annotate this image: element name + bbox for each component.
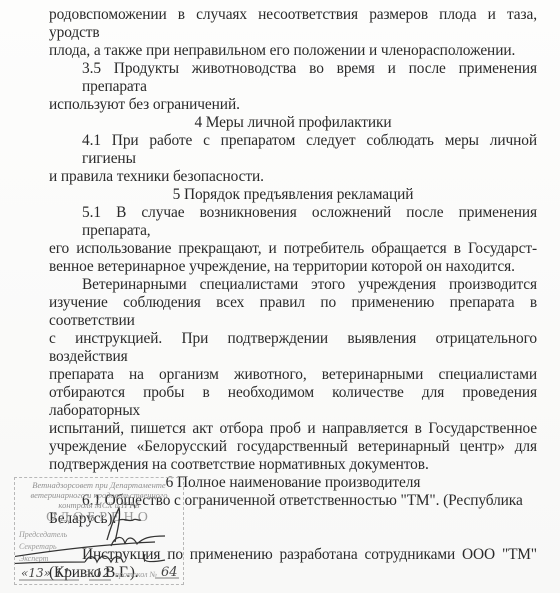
approval-stamp: Ветнадзорсовет при Департаменте ветерина…: [14, 477, 184, 585]
paragraph-line: плода, а также при неправильном его поло…: [49, 42, 537, 60]
paragraph-line: испытаний, пишется акт отбора проб и нап…: [49, 420, 537, 438]
paragraph-line: венное ветеринарное учреждение, на терри…: [49, 258, 537, 276]
paragraph-line: используют без ограничений.: [49, 96, 537, 114]
paragraph-line: 4.1 При работе с препаратом следует собл…: [49, 132, 537, 168]
paragraph-line: 5.1 В случае возникновения осложнений по…: [49, 204, 537, 240]
paragraph-line: и правила техники безопасности.: [49, 168, 537, 186]
paragraph-line: родовспоможении в случаях несоответствия…: [49, 6, 537, 42]
handwritten-signatures-icon: [15, 478, 183, 584]
paragraph-line: 3.5 Продукты животноводства во время и п…: [49, 60, 537, 96]
paragraph-line: Ветеринарными специалистами этого учрежд…: [49, 276, 537, 294]
paragraph-line: препарата на организм животного, ветерин…: [49, 366, 537, 384]
paragraph-line: отбираются пробы в необходимом количеств…: [49, 384, 537, 420]
section-heading-5: 5 Порядок предъявления рекламаций: [49, 186, 537, 204]
section-heading-4: 4 Меры личной профилактики: [49, 114, 537, 132]
paragraph-line: изучение соблюдения всех правил по приме…: [49, 294, 537, 330]
document-page: родовспоможении в случаях несоответствия…: [0, 0, 560, 593]
paragraph-line: его использование прекращают, и потребит…: [49, 240, 537, 258]
paragraph-line: с инструкцией. При подтверждении выявлен…: [49, 330, 537, 366]
paragraph-line: подтверждения на соответствие нормативны…: [49, 456, 537, 474]
paragraph-line: учреждение «Белорусский государственный …: [49, 438, 537, 456]
